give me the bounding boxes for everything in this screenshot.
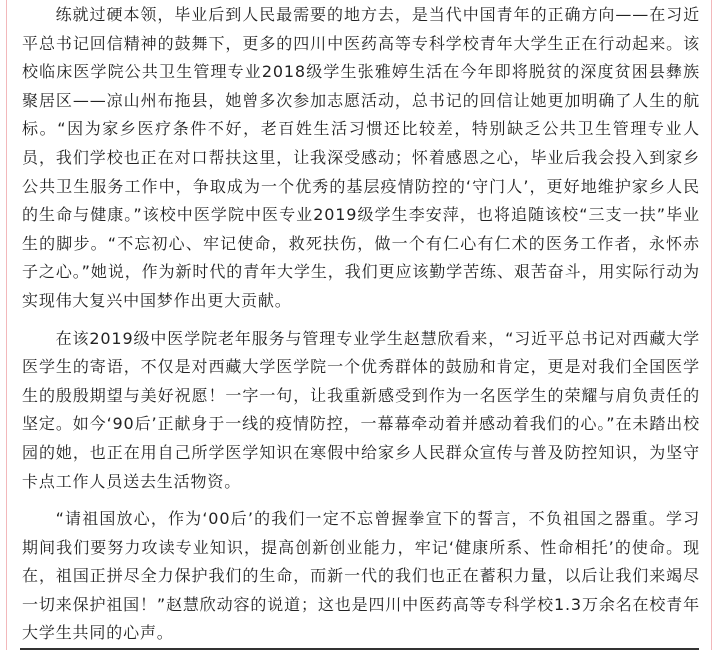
article-body: 练就过硬本领，毕业后到人民最需要的地方去，是当代中国青年的正确方向——在习近平总… <box>22 1 700 650</box>
frame-right-border <box>711 0 712 650</box>
article-paragraph-1: 练就过硬本领，毕业后到人民最需要的地方去，是当代中国青年的正确方向——在习近平总… <box>22 1 700 316</box>
article-paragraph-3: “请祖国放心，作为‘00后’的我们一定不忘曾握拳宣下的誓言，不负祖国之器重。学习… <box>22 505 700 648</box>
frame-left-border <box>6 0 7 650</box>
article-paragraph-2: 在该2019级中医学院老年服务与管理专业学生赵慧欣看来，“习近平总书记对西藏大学… <box>22 325 700 497</box>
